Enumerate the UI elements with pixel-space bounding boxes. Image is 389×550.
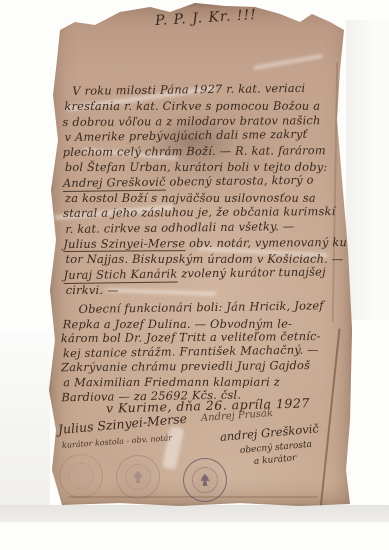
seal-inner-ring [192,467,218,493]
seal-inner-ring [125,464,151,490]
seal-inner-ring [68,463,94,489]
handwritten-line: Andrej Greškovič obecný starosta, ktorý … [63,172,348,191]
handwritten-line: plechom celý chrám Boží. — R. kat. farár… [63,143,348,160]
underlined-name-segment: Julius Szinyei-Merse [63,236,185,252]
handwritten-line: kresťania r. kat. Cirkve s pomocou Božou… [64,99,347,115]
underlined-name-segment: Juraj Stich Kanárik [63,266,177,283]
corner-crease [280,0,336,23]
text-segment: plechom celý chrám Boží. — R. kat. farár… [63,143,326,159]
text-segment: v Amerike prebývajúcich dali sme zakryť [65,127,308,144]
handwritten-line: V roku milosti Pána 1927 r. kat. veriaci [62,80,347,99]
text-segment: obv. notár, vymenovaný kurá- [185,235,364,250]
round-seal-dark-icon [183,458,227,502]
scanned-document-page: P. P. J. Kr. !!! V roku milosti Pána 192… [0,0,389,550]
text-segment: Repka a Jozef Dulina. — Obvodným le- [63,316,292,331]
signature-left-title: kurátor kostola - obv. notár [62,433,173,450]
handwritten-line: Zakrývanie chrámu previedli Juraj Gajdoš [61,358,346,375]
text-segment: zvolený kurátor tunajšej [177,264,326,280]
signature-right-title-2: a kurátor [254,453,297,467]
text-segment: Zakrývanie chrámu previedli Juraj Gajdoš [61,358,310,374]
handwritten-line: Juraj Stich Kanárik zvolený kurátor tuna… [63,264,348,283]
aged-paper-sheet: P. P. J. Kr. !!! V roku milosti Pána 192… [48,2,354,508]
seal-emblem-icon [201,474,210,486]
handwritten-line: cirkvi. — [66,283,349,299]
round-seal-eagle-icon [116,455,160,499]
document-header-invocation: P. P. J. Kr. !!! [126,5,287,31]
text-segment: kresťania r. kat. Cirkve s pomocou Božou… [64,99,320,113]
signature-right-title-1: obecný starosta [240,440,313,456]
scanner-background-shade-left [0,330,50,510]
text-segment: za kostol Boží s najväčšou usilovnosťou … [65,191,316,205]
handwritten-line: za kostol Boží s najväčšou usilovnosťou … [65,191,348,207]
body-paragraph-2: Obecní funkcionári boli: Ján Hricik, Joz… [61,300,347,405]
tape-shine-crease [253,54,323,70]
handwritten-line: Repka a Jozef Dulina. — Obvodným le- [63,316,346,331]
handwritten-line: Julius Szinyei-Merse obv. notár, vymenov… [63,235,348,252]
round-seal-faint-icon [59,454,103,498]
text-segment: obecný starosta, ktorý o [166,172,314,188]
tape-shine-crease [162,426,184,470]
text-segment: r. kat. cirkve sa odhodlali na všetky. — [65,219,294,236]
scanner-shadow-band [0,505,389,522]
text-segment: kej stanice strážm. František Machačný. … [63,342,319,360]
text-segment: Obecní funkcionári boli: Ján Hricik, Joz… [79,298,324,316]
handwritten-line: v Amerike prebývajúcich dali sme zakryť [65,126,348,145]
text-segment: V roku milosti Pána 1927 r. kat. veriaci [72,81,305,98]
handwritten-line: Obecní funkcionári boli: Ján Hricik, Joz… [61,298,346,317]
underlined-name-segment: Andrej Greškovič [63,174,166,191]
handwritten-line: r. kat. cirkve sa odhodlali na všetky. — [65,218,348,237]
seal-emblem-icon [134,471,143,483]
text-segment: cirkvi. — [66,283,119,297]
body-paragraph-1: V roku milosti Pána 1927 r. kat. veriaci… [62,82,348,298]
scanner-background-shade-right [346,20,389,320]
